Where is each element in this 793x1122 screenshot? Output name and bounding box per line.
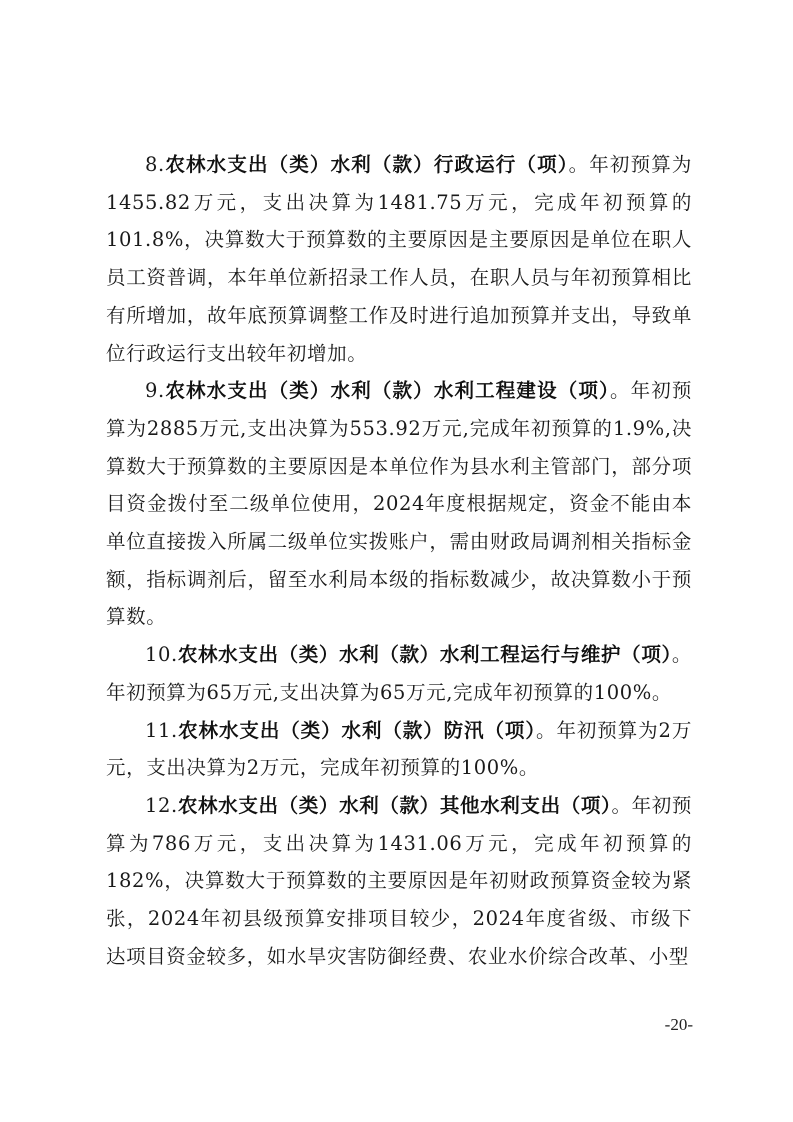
item-number: 11. — [145, 719, 178, 742]
item-heading: 农林水支出（类）水利（款）水利工程运行与维护（项） — [178, 643, 672, 666]
item-number: 12. — [145, 794, 178, 817]
paragraph-item-12: 12.农林水支出（类）水利（款）其他水利支出（项）。年初预算为786万元，支出决… — [106, 787, 692, 976]
paragraph-item-10: 10.农林水支出（类）水利（款）水利工程运行与维护（项）。年初预算为65万元,支… — [106, 636, 692, 711]
item-heading: 农林水支出（类）水利（款）水利工程建设（项） — [165, 379, 610, 402]
item-body: 。年初预算为2885万元,支出决算为553.92万元,完成年初预算的1.9%,决… — [106, 379, 692, 628]
paragraph-item-11: 11.农林水支出（类）水利（款）防汛（项）。年初预算为2万元，支出决算为2万元，… — [106, 712, 692, 787]
paragraph-item-9: 9.农林水支出（类）水利（款）水利工程建设（项）。年初预算为2885万元,支出决… — [106, 372, 692, 636]
item-body: 。年初预算为786万元，支出决算为1431.06万元，完成年初预算的182%，决… — [106, 794, 692, 968]
page-number: -20- — [665, 1015, 693, 1035]
item-body: 。年初预算为1455.82万元，支出决算为1481.75万元，完成年初预算的10… — [106, 153, 692, 365]
document-page: 8.农林水支出（类）水利（款）行政运行（项）。年初预算为1455.82万元，支出… — [106, 146, 692, 975]
paragraph-item-8: 8.农林水支出（类）水利（款）行政运行（项）。年初预算为1455.82万元，支出… — [106, 146, 692, 372]
item-number: 8. — [145, 153, 165, 176]
item-number: 10. — [145, 643, 178, 666]
item-heading: 农林水支出（类）水利（款）防汛（项） — [178, 719, 536, 742]
item-number: 9. — [145, 379, 165, 402]
item-heading: 农林水支出（类）水利（款）行政运行（项） — [165, 153, 569, 176]
item-heading: 农林水支出（类）水利（款）其他水利支出（项） — [178, 794, 612, 817]
